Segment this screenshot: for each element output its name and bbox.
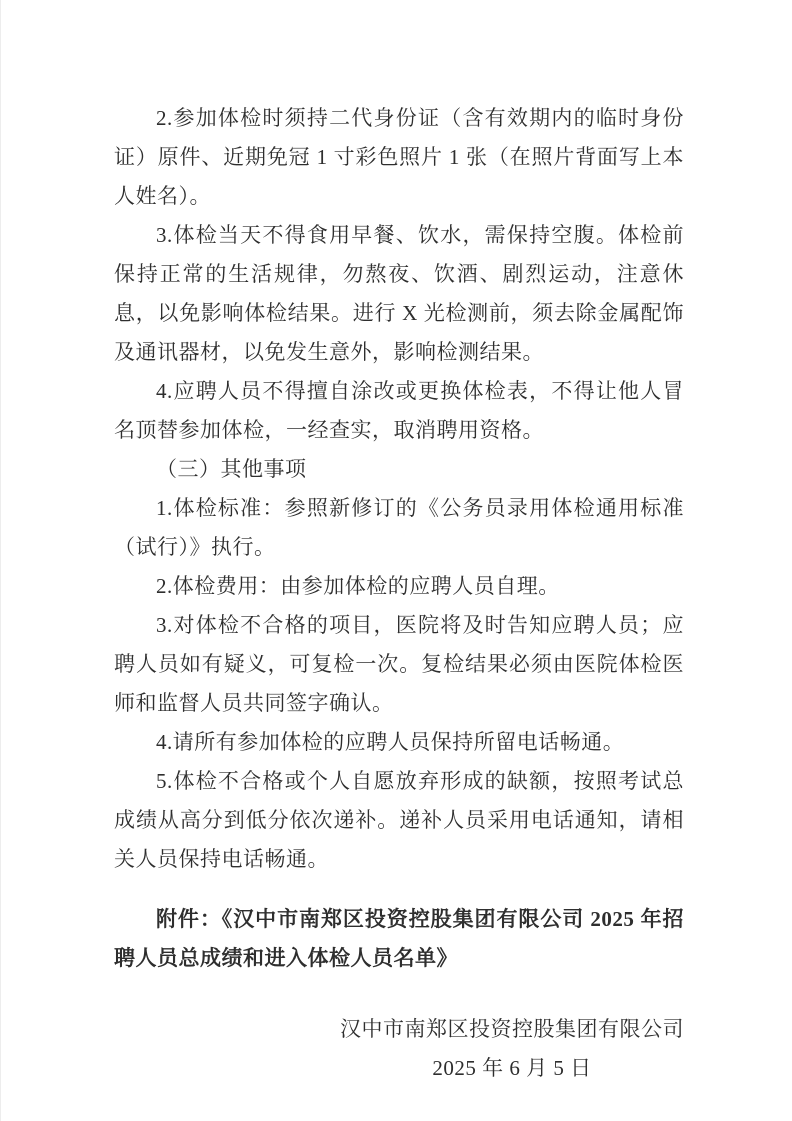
signature-inner: 汉中市南郑区投资控股集团有限公司 2025 年 6 月 5 日 (340, 1010, 684, 1088)
signature-date: 2025 年 6 月 5 日 (340, 1049, 684, 1088)
paragraph-standard: 1.体检标准：参照新修订的《公务员录用体检通用标准（试行）》执行。 (114, 489, 684, 567)
paragraph-item2: 2.参加体检时须持二代身份证（含有效期内的临时身份证）原件、近期免冠 1 寸彩色… (114, 99, 684, 216)
paragraph-item3: 3.体检当天不得食用早餐、饮水，需保持空腹。体检前保持正常的生活规律，勿熬夜、饮… (114, 216, 684, 372)
paragraph-recheck: 3.对体检不合格的项目，医院将及时告知应聘人员；应聘人员如有疑义，可复检一次。复… (114, 606, 684, 723)
document-body: 2.参加体检时须持二代身份证（含有效期内的临时身份证）原件、近期免冠 1 寸彩色… (114, 0, 684, 1088)
paragraph-replacement: 5.体检不合格或个人自愿放弃形成的缺额，按照考试总成绩从高分到低分依次递补。递补… (114, 762, 684, 879)
signature-company: 汉中市南郑区投资控股集团有限公司 (340, 1010, 684, 1049)
attachment-reference: 附件：《汉中市南郑区投资控股集团有限公司 2025 年招聘人员总成绩和进入体检人… (114, 900, 684, 978)
document-page: { "page": { "background": "#ffffff", "te… (0, 0, 792, 1121)
section-heading-other-matters: （三）其他事项 (114, 450, 684, 489)
paragraph-phone: 4.请所有参加体检的应聘人员保持所留电话畅通。 (114, 723, 684, 762)
signature-block: 汉中市南郑区投资控股集团有限公司 2025 年 6 月 5 日 (114, 1010, 684, 1088)
paragraph-fee: 2.体检费用：由参加体检的应聘人员自理。 (114, 567, 684, 606)
paragraph-item4: 4.应聘人员不得擅自涂改或更换体检表，不得让他人冒名顶替参加体检，一经查实，取消… (114, 372, 684, 450)
